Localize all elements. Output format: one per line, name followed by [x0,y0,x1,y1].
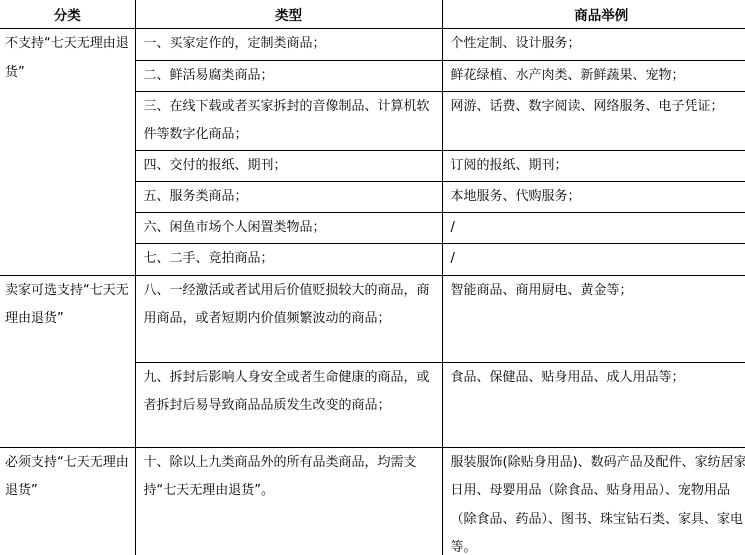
category-must-support: 必须支持“七天无理由退货” [0,447,135,555]
table-row: 必须支持“七天无理由退货” 十、除以上九类商品外的所有品类商品，均需支持“七天无… [0,447,745,555]
type-cell: 四、交付的报纸、期刊； [135,150,442,181]
type-cell: 一、买家定作的，定制类商品； [135,29,442,61]
type-cell: 十、除以上九类商品外的所有品类商品，均需支持“七天无理由退货”。 [135,447,442,555]
type-cell: 五、服务类商品； [135,181,442,212]
examples-cell: 服装服饰(除贴身用品)、数码产品及配件、家纺居家日用、母婴用品（除食品、贴身用品… [442,447,745,555]
examples-cell: 订阅的报纸、期刊； [442,150,745,181]
examples-cell: 智能商品、商用厨电、黄金等； [442,275,745,362]
type-cell: 八、一经激活或者试用后价值贬损较大的商品，商用商品，或者短期内价值频繁波动的商品… [135,275,442,362]
examples-cell: 食品、保健品、贴身用品、成人用品等； [442,362,745,447]
header-type: 类型 [135,0,442,29]
type-cell: 三、在线下载或者买家拆封的音像制品、计算机软件等数字化商品； [135,91,442,150]
category-seller-optional: 卖家可选支持“七天无理由退货” [0,275,135,447]
header-examples: 商品举例 [442,0,745,29]
examples-cell: 鲜花绿植、水产肉类、新鲜蔬果、宠物； [442,61,745,92]
examples-cell: / [442,243,745,275]
examples-cell: 网游、话费、数字阅读、网络服务、电子凭证； [442,91,745,150]
return-policy-table: 分类 类型 商品举例 不支持“七天无理由退货” 一、买家定作的，定制类商品； 个… [0,0,745,555]
table-row: 卖家可选支持“七天无理由退货” 八、一经激活或者试用后价值贬损较大的商品，商用商… [0,275,745,362]
examples-cell: 个性定制、设计服务； [442,29,745,61]
type-cell: 六、闲鱼市场个人闲置类物品； [135,212,442,243]
examples-cell: / [442,212,745,243]
type-cell: 九、拆封后影响人身安全或者生命健康的商品，或者拆封后易导致商品品质发生改变的商品… [135,362,442,447]
header-row: 分类 类型 商品举例 [0,0,745,29]
type-cell: 七、二手、竞拍商品； [135,243,442,275]
type-cell: 二、鲜活易腐类商品； [135,61,442,92]
header-category: 分类 [0,0,135,29]
table-row: 不支持“七天无理由退货” 一、买家定作的，定制类商品； 个性定制、设计服务； [0,29,745,61]
examples-cell: 本地服务、代购服务； [442,181,745,212]
category-not-supported: 不支持“七天无理由退货” [0,29,135,276]
